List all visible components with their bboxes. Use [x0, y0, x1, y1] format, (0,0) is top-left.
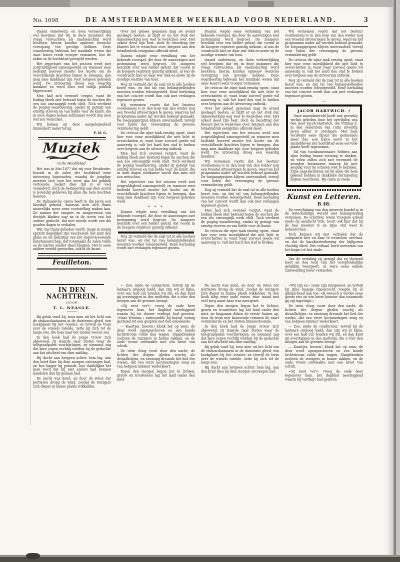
- feuilleton-label-block: Feuilleton.: [36, 258, 108, 270]
- body-paragraph: Daarna volgde eene vertolking van het be…: [117, 54, 195, 81]
- feuilleton-columns: IN DEN NACHTTREIN.DOORT. L. NEAGLE.———Bi…: [33, 284, 363, 418]
- body-paragraph: Bij geluk vond hij, toen men uit het lic…: [201, 346, 279, 366]
- body-paragraph: Hij dacht aan hetgeen achter hem lag, aa…: [201, 366, 279, 374]
- thick-divider-rule: [118, 232, 194, 234]
- body-paragraph: — Kaartjes, heeren! klonk het op eens; d…: [117, 325, 195, 348]
- feuilleton-column-3: De nacht was koud, en door de reten der …: [201, 284, 279, 418]
- body-paragraph: Nog zij vermeld dat de zaal tot in alle …: [117, 235, 195, 251]
- body-paragraph: staand onderwerp, en doen verheerlijking…: [201, 58, 279, 85]
- top-columns: staand onderwerp, en doen verheerlijking…: [33, 30, 363, 282]
- body-paragraph: Het repertoire van het seizoen werd met …: [201, 132, 279, 159]
- feuilleton-column-4: »Wij zijn er,« zeide zijn reisgenoot, en…: [285, 284, 363, 418]
- feuilleton-title-block: IN DEN NACHTTREIN.DOORT. L. NEAGLE.———: [33, 284, 111, 313]
- obituary-paragraph: Onze muziekwereld heeft een gevoelig ver…: [291, 114, 358, 149]
- section-subheading: B 48.: [285, 202, 363, 207]
- body-paragraph: De nacht was koud, en door de reten der …: [201, 284, 279, 304]
- body-paragraph: De criticus die zijne taak ernstig opvat…: [201, 87, 279, 107]
- body-paragraph: — Kaartjes, heeren! klonk het op eens; d…: [285, 346, 363, 369]
- feuilleton-column-1: IN DEN NACHTTREIN.DOORT. L. NEAGLE.———Bi…: [33, 284, 111, 418]
- body-paragraph: »Wij zijn er,« zeide zijn reisgenoot, en…: [285, 284, 363, 304]
- muziek-title: Muziek: [33, 142, 111, 156]
- obituary-paragraph: Tal van toonkunstenaars hebben aan zijne…: [291, 151, 358, 182]
- body-paragraph: In den hoek had de jonge vrouw zich afge…: [33, 336, 111, 356]
- article-signature: F. H. G.: [33, 132, 111, 136]
- body-paragraph: staand onderwerp, en doen verheerlijking…: [33, 30, 111, 61]
- body-paragraph: In den hoek had de jonge vrouw zich afge…: [201, 325, 279, 345]
- body-paragraph: — Zoo, zeide de conducteur, terwijl hij …: [117, 284, 195, 304]
- left-margin-line: [30, 35, 31, 425]
- body-paragraph: De Italiaansche opera heeft in die jaren…: [33, 200, 111, 227]
- body-paragraph: De trein vloog voort door den nacht; de …: [285, 305, 363, 325]
- body-paragraph: Men had zich evenwel vergist, want de le…: [33, 95, 111, 122]
- body-paragraph: De criticus die zijne taak ernstig opvat…: [285, 58, 363, 78]
- body-paragraph: Het was in Mei 1877 dat wij voor Residen…: [33, 168, 111, 199]
- body-paragraph: Toch kunnen wij niet verhelen dat de com…: [285, 233, 363, 253]
- feuilleton-story-title: IN DEN NACHTTREIN.: [33, 287, 111, 300]
- body-paragraph: Daarna volgde eene vertolking van het be…: [117, 210, 195, 230]
- body-paragraph: Het repertoire van het seizoen werd met …: [33, 62, 111, 93]
- body-paragraph: »Gij reist ver?« vroeg de oude heer tege…: [117, 305, 195, 325]
- ornamental-rule: [38, 253, 106, 256]
- column-2: Over het geheel genomen mag de avond ges…: [117, 30, 195, 282]
- body-paragraph: Nog zij vermeld dat de zaal tot in alle …: [201, 188, 279, 208]
- body-paragraph: — Zoo, zeide de conducteur, terwijl hij …: [285, 325, 363, 345]
- body-paragraph: Nog zij vermeld dat de zaal tot in alle …: [285, 79, 363, 99]
- body-paragraph: De verschijning van den nieuwen bundel i…: [285, 208, 363, 231]
- obituary-notice-box: JACOB HARTWICH. †Onze muziekwereld heeft…: [286, 104, 362, 186]
- scan-right-edge-line: [394, 0, 396, 562]
- title-rule: [40, 284, 104, 285]
- body-paragraph: Men had zich evenwel vergist, want de le…: [117, 152, 195, 179]
- page-header: No. 1698 DE AMSTERDAMMER WEEKBLAD VOOR N…: [33, 16, 368, 27]
- column-4: Wij vernemen voorts dat het bestuur voor…: [285, 30, 363, 282]
- page-number: 3: [364, 17, 368, 24]
- body-paragraph: De trein vloog voort door den nacht; de …: [117, 350, 195, 370]
- obituary-title: JACOB HARTWICH. †: [291, 108, 358, 113]
- body-paragraph: Van de vertaling zij gezegd dat zij vloe…: [285, 257, 363, 273]
- body-paragraph: De nacht was koud, en door de reten der …: [33, 377, 111, 389]
- masthead-title: DE AMSTERDAMMER WEEKBLAD VOOR NEDERLAND.: [86, 16, 337, 24]
- body-paragraph: Hij dacht aan hetgeen achter hem lag, aa…: [33, 356, 111, 376]
- body-paragraph: De criticus die zijne taak ernstig opvat…: [201, 229, 279, 245]
- feuilleton-column-2: — Zoo, zeide de conducteur, terwijl hij …: [117, 284, 195, 418]
- scan-bottom-edge: [0, 557, 400, 562]
- body-paragraph: De criticus die zijne taak ernstig opvat…: [117, 132, 195, 152]
- body-paragraph: Over het geheel genomen mag de avond ges…: [117, 30, 195, 53]
- scan-top-smudge-left: [0, 0, 70, 7]
- muziek-section-header: Muziekin de Hoofdstad.: [33, 142, 111, 166]
- column-1: staand onderwerp, en doen verheerlijking…: [33, 30, 111, 282]
- feuilleton-label: Feuilleton.: [36, 259, 108, 267]
- body-paragraph: »Gij reist ver?« vroeg de oude heer tege…: [285, 370, 363, 382]
- body-paragraph: Wij vernemen voorts dat het bestuur voor…: [285, 30, 363, 57]
- body-paragraph: Wij vernemen voorts dat het bestuur voor…: [201, 160, 279, 187]
- section-script-heading: Kunst en Letteren.: [285, 193, 363, 201]
- feuilleton-rule-bottom: [37, 269, 107, 270]
- asterism-separator: * * *: [117, 205, 195, 210]
- title-mini-rule: ———: [33, 310, 111, 313]
- body-paragraph: Wij komen op deze aangelegenheid binnenk…: [33, 123, 111, 131]
- body-paragraph: Wij vernemen voorts dat het bestuur voor…: [117, 103, 195, 130]
- body-paragraph: Over het geheel genomen mag de avond ges…: [201, 107, 279, 130]
- scan-right-margin: [396, 0, 400, 562]
- newspaper-scan: { "header": { "issue": "No. 1698", "mast…: [0, 0, 400, 562]
- muziek-subtitle: in de Hoofdstad.: [33, 162, 111, 166]
- body-paragraph: Bij geluk vond hij, toen men uit het lic…: [33, 315, 111, 335]
- dashed-divider-rule: [287, 189, 361, 191]
- newspaper-page: No. 1698 DE AMSTERDAMMER WEEKBLAD VOOR N…: [0, 7, 393, 555]
- scan-top-smudge-center: [248, 1, 274, 7]
- body-paragraph: Nog zij vermeld dat de zaal tot in alle …: [117, 83, 195, 103]
- issue-number: No. 1698: [33, 18, 59, 24]
- thick-divider-rule: [286, 254, 362, 256]
- ornamental-rule: [38, 137, 106, 140]
- door-label: DOOR: [33, 301, 111, 305]
- column-3: Daarna volgde eene vertolking van het be…: [201, 30, 279, 282]
- small-separator: —: [285, 99, 363, 103]
- body-paragraph: Men had zich evenwel vergist, want de le…: [201, 209, 279, 229]
- body-paragraph: Tegen den morgen begon het te lichten; g…: [201, 305, 279, 325]
- body-paragraph: Wat ons thans geboden wordt, moge in men…: [33, 228, 111, 251]
- body-paragraph: Het repertoire van het seizoen werd met …: [117, 181, 195, 204]
- scan-bottom-left-blot: [26, 553, 40, 559]
- body-paragraph: Tegen den morgen begon het te lichten; g…: [117, 370, 195, 382]
- body-paragraph: Daarna volgde eene vertolking van het be…: [201, 30, 279, 57]
